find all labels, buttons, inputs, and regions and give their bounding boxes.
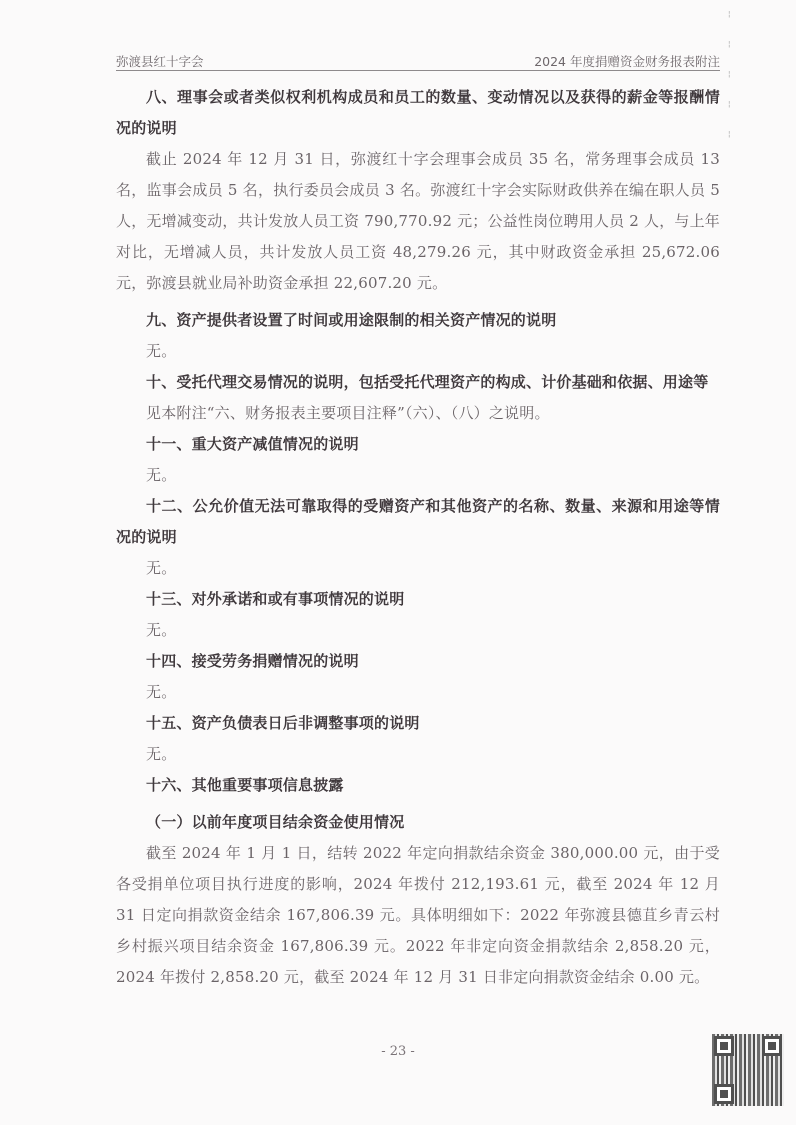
subsection-heading-16-1: （一）以前年度项目结余资金使用情况 — [116, 807, 720, 838]
section-body-15: 无。 — [116, 739, 720, 770]
section-heading-15: 十五、资产负债表日后非调整事项的说明 — [116, 708, 720, 739]
section-heading-8: 八、理事会或者类似权利机构成员和员工的数量、变动情况以及获得的薪金等报酬情况的说… — [116, 82, 720, 144]
section-heading-11: 十一、重大资产减值情况的说明 — [116, 429, 720, 460]
document-body: 八、理事会或者类似权利机构成员和员工的数量、变动情况以及获得的薪金等报酬情况的说… — [116, 82, 720, 993]
qr-code-icon — [712, 1034, 784, 1106]
page-number: - 23 - — [0, 1044, 796, 1059]
section-body-11: 无。 — [116, 460, 720, 491]
section-heading-10: 十、受托代理交易情况的说明，包括受托代理资产的构成、计价基础和依据、用途等 — [116, 367, 720, 398]
scan-margin-marks: ¦¦¦¦¦ — [728, 10, 734, 160]
section-body-14: 无。 — [116, 677, 720, 708]
section-body-12: 无。 — [116, 553, 720, 584]
section-heading-13: 十三、对外承诺和或有事项情况的说明 — [116, 584, 720, 615]
section-heading-12: 十二、公允价值无法可靠取得的受赠资产和其他资产的名称、数量、来源和用途等情况的说… — [116, 491, 720, 553]
section-body-10: 见本附注“六、财务报表主要项目注释”（六）、（八）之说明。 — [116, 398, 720, 429]
section-body-9: 无。 — [116, 336, 720, 367]
section-body-8: 截止 2024 年 12 月 31 日，弥渡红十字会理事会成员 35 名，常务理… — [116, 144, 720, 299]
header-organization: 弥渡县红十字会 — [116, 52, 204, 70]
section-heading-16: 十六、其他重要事项信息披露 — [116, 770, 720, 801]
subsection-body-16-1: 截至 2024 年 1 月 1 日，结转 2022 年定向捐款结余资金 380,… — [116, 838, 720, 993]
section-body-13: 无。 — [116, 615, 720, 646]
header-document-title: 2024 年度捐赠资金财务报表附注 — [534, 52, 720, 70]
section-heading-9: 九、资产提供者设置了时间或用途限制的相关资产情况的说明 — [116, 305, 720, 336]
page-header: 弥渡县红十字会 2024 年度捐赠资金财务报表附注 — [116, 48, 720, 71]
section-heading-14: 十四、接受劳务捐赠情况的说明 — [116, 646, 720, 677]
